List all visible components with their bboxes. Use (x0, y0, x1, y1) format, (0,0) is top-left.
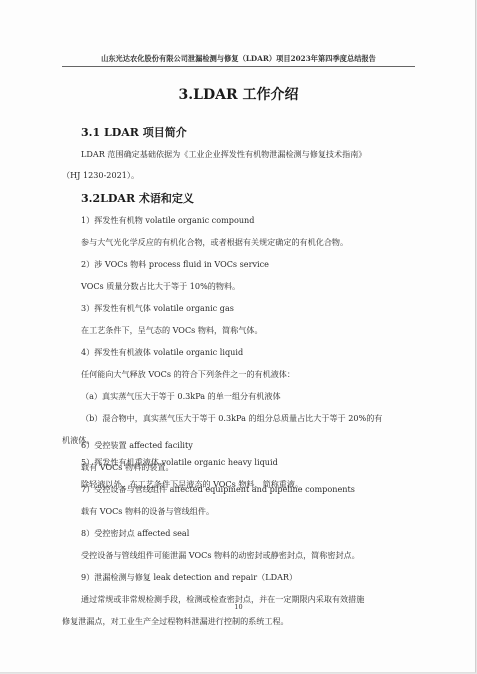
document-page: 山东光达农化股份有限公司泄漏检测与修复（LDAR）项目2023年第四季度总结报告… (0, 0, 476, 673)
paragraph-line: LDAR 范围确定基础依据为《工业企业挥发性有机物泄漏检测与修复技术指南》 (81, 149, 366, 160)
section-heading-3-2: 3.2LDAR 术语和定义 (81, 190, 194, 206)
term-line: 8）受控密封点 affected seal (81, 528, 189, 539)
definition-line: 受控设备与管线组件可能泄漏 VOCs 物料的动密封或静密封点，简称密封点。 (81, 550, 360, 561)
definition-line: 载有 VOCs 物料的装置。 (81, 462, 174, 473)
paragraph-line: （HJ 1230-2021）。 (62, 170, 139, 181)
term-line: 3）挥发性有机气体 volatile organic gas (81, 303, 234, 314)
term-line: 9）泄漏检测与修复 leak detection and repair（LDAR… (81, 572, 297, 583)
definition-line: 在工艺条件下，呈气态的 VOCs 物料，简称气体。 (81, 325, 263, 336)
definition-line: VOCs 质量分数占比大于等于 10%的物料。 (81, 281, 240, 292)
page-number: 10 (0, 603, 477, 611)
page-title: 3.LDAR 工作介绍 (0, 84, 477, 104)
term-line: 1）挥发性有机物 volatile organic compound (81, 215, 254, 226)
definition-line: 参与大气光化学反应的有机化合物，或者根据有关规定确定的有机化合物。 (81, 237, 348, 248)
definition-line: （b）混合物中，真实蒸气压大于等于 0.3kPa 的组分总质量占比大于等于 20… (81, 413, 382, 424)
definition-line: （a）真实蒸气压大于等于 0.3kPa 的单一组分有机液体 (81, 391, 281, 402)
section-heading-3-1: 3.1 LDAR 项目简介 (81, 124, 187, 140)
definition-line: 任何能向大气释放 VOCs 的符合下列条件之一的有机液体： (81, 369, 295, 380)
definition-line: 修复泄漏点，对工业生产全过程物料泄漏进行控制的系统工程。 (62, 616, 289, 627)
term-line: 4）挥发性有机液体 volatile organic liquid (81, 347, 243, 358)
definition-line: 载有 VOCs 物料的设备与管线组件。 (81, 506, 214, 517)
term-line: 6）受控装置 affected facility (81, 440, 193, 451)
term-line: 7）受控设备与管线组件 affected equipment and pipel… (81, 484, 355, 495)
running-header: 山东光达农化股份有限公司泄漏检测与修复（LDAR）项目2023年第四季度总结报告 (62, 54, 415, 67)
term-line: 2）涉 VOCs 物料 process fluid in VOCs servic… (81, 259, 269, 270)
